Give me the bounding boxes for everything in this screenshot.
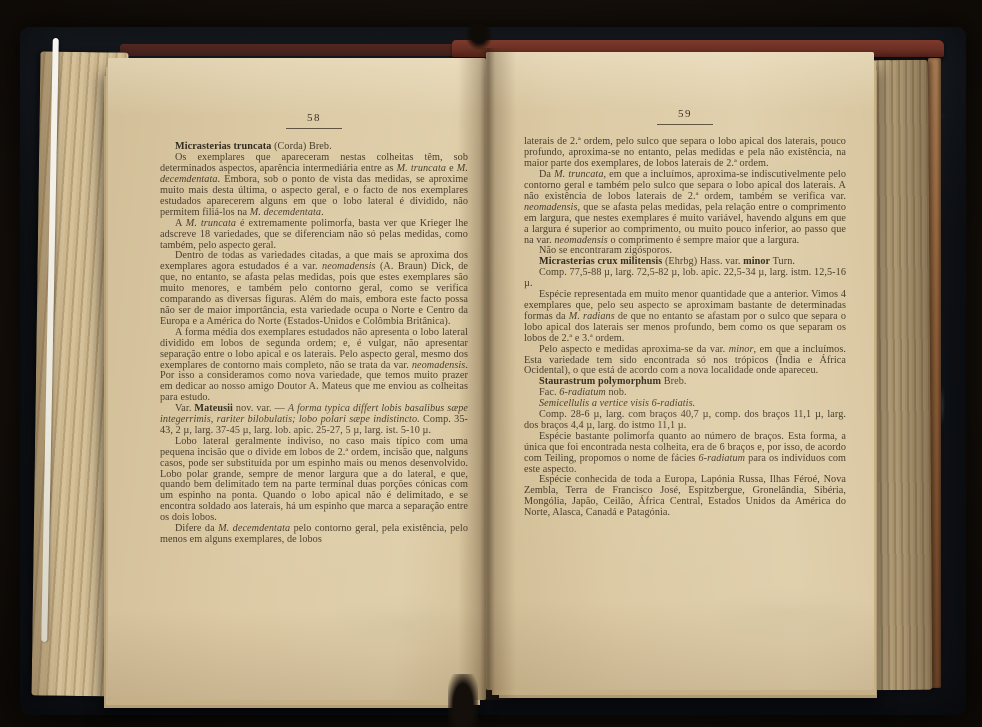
page-58-text: Micrasterias truncata (Corda) Breb.Os ex… bbox=[160, 142, 468, 546]
paragraph: A forma média dos exemplares estudados n… bbox=[160, 328, 468, 404]
page-58-header: 58 bbox=[160, 112, 468, 129]
spine-notch-top bbox=[466, 24, 492, 50]
paragraph: laterais de 2.ª ordem, pelo sulco que se… bbox=[524, 137, 846, 170]
page-59-header: 59 bbox=[524, 108, 846, 125]
paragraph: Da M. truncata, em que a incluímos, apro… bbox=[524, 170, 846, 246]
page-number: 59 bbox=[524, 108, 846, 120]
paragraph: Pelo aspecto e medidas aproxima-se da va… bbox=[524, 345, 846, 378]
paragraph: Dentro de todas as variedades citadas, a… bbox=[160, 251, 468, 327]
paragraph: Espécie representada em muito menor quan… bbox=[524, 290, 846, 345]
page-number-rule bbox=[657, 124, 713, 125]
book-spine-top-left bbox=[120, 44, 465, 56]
page-59: 59 laterais de 2.ª ordem, pelo sulco que… bbox=[486, 52, 874, 690]
book-photo: 58 Micrasterias truncata (Corda) Breb.Os… bbox=[0, 0, 982, 727]
paragraph: Espécie conhecida de toda a Europa, Lapó… bbox=[524, 475, 846, 519]
paragraph: Os exemplares que apareceram nestas colh… bbox=[160, 153, 468, 218]
spine-notch-bottom bbox=[448, 674, 478, 727]
paragraph: Difere da M. decemdentata pelo contorno … bbox=[160, 524, 468, 546]
paragraph: Comp. 77,5-88 µ, larg. 72,5-82 µ, lob. a… bbox=[524, 268, 846, 290]
paragraph: A M. truncata é extremamente polimorfa, … bbox=[160, 219, 468, 252]
paragraph: Comp. 28-6 µ, larg. com braços 40,7 µ, c… bbox=[524, 410, 846, 432]
page-number-rule bbox=[286, 128, 342, 129]
page-edges-right-stack bbox=[868, 60, 932, 690]
paragraph: Var. Mateusii nov. var. — A forma typica… bbox=[160, 404, 468, 437]
page-58: 58 Micrasterias truncata (Corda) Breb.Os… bbox=[108, 58, 486, 700]
paragraph: Espécie bastante polimorfa quanto ao núm… bbox=[524, 432, 846, 476]
page-number: 58 bbox=[160, 112, 468, 124]
paragraph: Lobo lateral geralmente indiviso, no cas… bbox=[160, 437, 468, 524]
page-59-text: laterais de 2.ª ordem, pelo sulco que se… bbox=[524, 137, 846, 519]
